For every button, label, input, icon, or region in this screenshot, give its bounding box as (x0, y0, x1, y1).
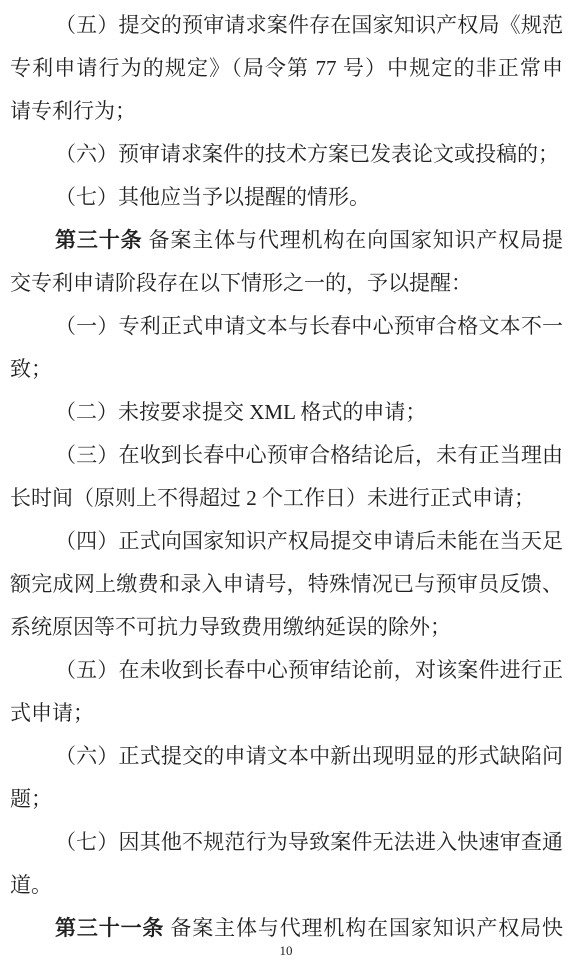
text-line: （六）正式提交的申请文本中新出现明显的形式缺陷问 (10, 735, 563, 778)
text-line: （七）因其他不规范行为导致案件无法进入快速审查通 (10, 821, 563, 864)
text-line: 道。 (10, 864, 563, 907)
text-line: 第三十条 备案主体与代理机构在向国家知识产权局提 (10, 219, 563, 262)
text-line: （六）预审请求案件的技术方案已发表论文或投稿的； (10, 133, 563, 176)
text-line: 请专利行为； (10, 90, 563, 133)
text-line: （五）在未收到长春中心预审结论前，对该案件进行正 (10, 649, 563, 692)
text-line: 专利申请行为的规定》（局令第 77 号）中规定的非正常申 (10, 47, 563, 90)
text-line: 额完成网上缴费和录入申请号，特殊情况已与预审员反馈、 (10, 563, 563, 606)
document-body: （五）提交的预审请求案件存在国家知识产权局《规范专利申请行为的规定》（局令第 7… (10, 4, 563, 950)
article-number: 第三十条 (55, 229, 142, 252)
text-line: 题； (10, 778, 563, 821)
page-number: 10 (0, 943, 572, 959)
text-line: 系统原因等不可抗力导致费用缴纳延误的除外； (10, 606, 563, 649)
text-line: （七）其他应当予以提醒的情形。 (10, 176, 563, 219)
text-line: （四）正式向国家知识产权局提交申请后未能在当天足 (10, 520, 563, 563)
text-line: （一）专利正式申请文本与长春中心预审合格文本不一 (10, 305, 563, 348)
text-line: 致； (10, 348, 563, 391)
text-line: （二）未按要求提交 XML 格式的申请； (10, 391, 563, 434)
document-page: （五）提交的预审请求案件存在国家知识产权局《规范专利申请行为的规定》（局令第 7… (0, 0, 572, 967)
text-line: （五）提交的预审请求案件存在国家知识产权局《规范 (10, 4, 563, 47)
text-line: 交专利申请阶段存在以下情形之一的，予以提醒： (10, 262, 563, 305)
article-number: 第三十一条 (55, 917, 164, 940)
text-line: （三）在收到长春中心预审合格结论后，未有正当理由 (10, 434, 563, 477)
text-line: 式申请； (10, 692, 563, 735)
text-line: 长时间（原则上不得超过 2 个工作日）未进行正式申请； (10, 477, 563, 520)
